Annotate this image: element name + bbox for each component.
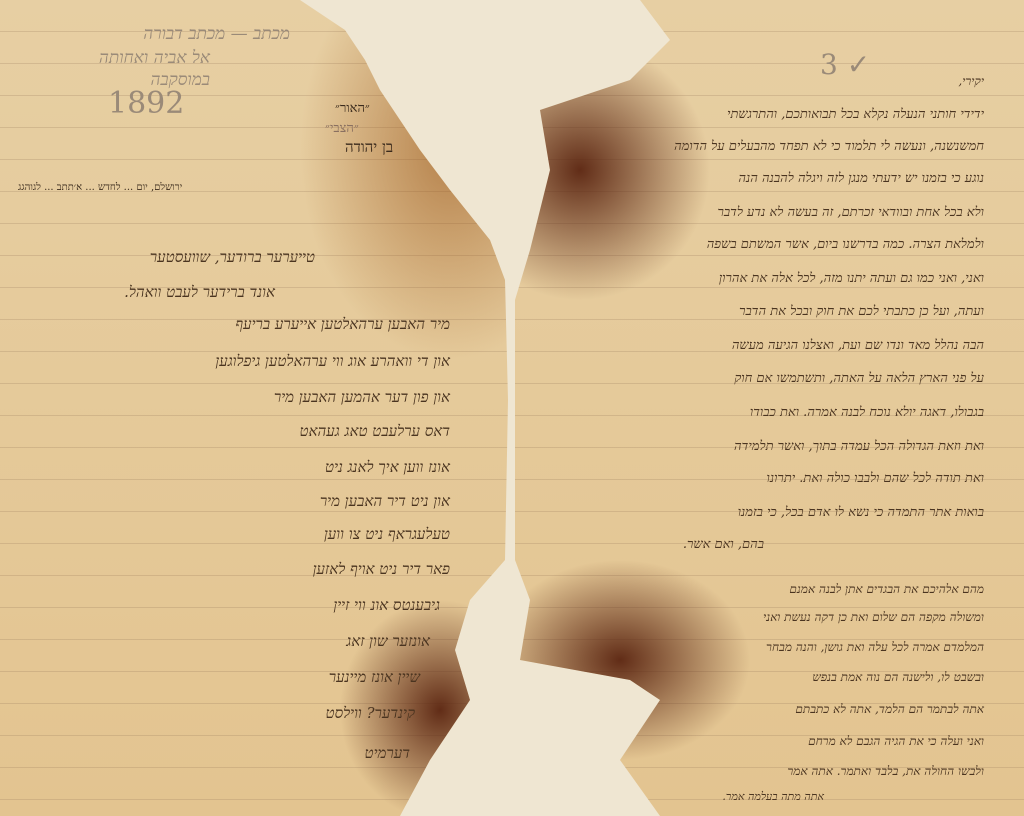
letter-line: טייערער ברודער, שוועסטער xyxy=(150,248,315,267)
letter-line: ואת וזאת הגדולה הכל עמדה בתוך, ואשר תלמי… xyxy=(734,438,984,454)
letter-line: מיר האבען ערהאלטען אייערע בריעף xyxy=(235,315,450,334)
letter-line: ועתה, ועל כן כתבתי לכם את חוק ובכל את הד… xyxy=(739,303,984,319)
letterhead-subtitle: ״הצבי״ xyxy=(325,120,359,136)
letter-line: ומשולה מקפה הם שלום ואת כן דקה נעשת ואני xyxy=(763,610,984,625)
letter-line: דערמיט xyxy=(365,744,410,763)
letter-line: אתה לבתמר הם הלמד, אתה לא כתבתם xyxy=(795,702,984,717)
letter-line: ולמלאת הצרה. כמה בדרשנו ביום, אשר המשתם … xyxy=(707,236,984,252)
pencil-note: מכתב — מכתב דבורה xyxy=(143,24,290,44)
letter-line: און פון דער אהמען האבען מיר xyxy=(274,388,450,407)
left-page: מכתב — מכתב דבורה אל אביה ואחותה במוסקבה… xyxy=(0,0,510,816)
letter-line: אתה מתה בעלמה אמר. xyxy=(722,790,824,803)
letter-line: ואני ועלה כי את הגיה הגבם לא מרחם xyxy=(808,734,984,749)
letter-line: המלמדם אמרה לכל עלה ואת גושן, והנה מבחר xyxy=(766,640,984,655)
letterhead-name: בן יהודה xyxy=(345,138,393,157)
letter-scan: מכתב — מכתב דבורה אל אביה ואחותה במוסקבה… xyxy=(0,0,1024,816)
letter-line: ואת תודה לכל שהם ולבבו כולה ואת. יתרונו xyxy=(767,470,984,486)
page-number-mark: 3 ✓ xyxy=(820,48,870,81)
letter-line: גיבענטס אונ ווי זיין xyxy=(333,596,440,615)
letter-line: בואות אתר התמדה כי נשא לו אדם בכל, כי בז… xyxy=(738,504,984,520)
burn-stain xyxy=(490,560,750,760)
letter-line: ולבשו החולה את, בלבד ואתמר. אתה אמר xyxy=(787,764,984,779)
letter-line: קינדער? ווילסט xyxy=(326,704,415,723)
letter-line: אונד ברידער לעבט וואהל. xyxy=(124,283,275,302)
letter-line: טעלעגראף ניט צו ווען xyxy=(324,525,450,544)
letter-line: פאר דיר ניט אויף לאזען xyxy=(313,560,450,579)
letter-line: ידידי חותני הנעלה נקלא בכל תבואותכם, והת… xyxy=(727,106,984,122)
letter-line: הבה נהלל מאד ונדו שם ועת, ואצלנו הגיעה מ… xyxy=(732,337,984,353)
letter-line: אונזער שון זאג xyxy=(346,632,430,651)
letter-line: און די וואהרע אוג ווי ערהאלטען גיפלוגען xyxy=(215,352,450,371)
letter-line: שיין אונז מיינער xyxy=(329,668,420,687)
letter-line: יקירי, xyxy=(958,74,984,89)
letter-line: און ניט דיר האבען מיר xyxy=(320,492,450,511)
letter-line: על פני הארץ הלאה על האתה, ותשתמשו אם חוק xyxy=(734,370,984,386)
letter-line: ובשבט לו, ולישנה הם נוה אמת בנפש xyxy=(812,670,984,685)
letter-line: ואני, ואני כמו גם ועתה יתנו מזה, לכל אלה… xyxy=(719,270,984,286)
pencil-note: אל אביה ואחותה xyxy=(99,48,210,68)
year-note: 1892 xyxy=(108,86,184,121)
dateline: ירושלם, יום ... לחדש ... א׳תתב ... לגוהג… xyxy=(18,182,182,193)
letter-line: מהם אלהיכם את הבגדים אתן לבנה אמנם xyxy=(789,582,984,597)
letterhead-title: ״האור״ xyxy=(335,100,370,116)
letter-line: אונז ווען איך לאנג ניט xyxy=(325,458,450,477)
letter-line: נוגע כי בזמנו יש ידעתי מנגן לזה ויגלה לה… xyxy=(738,170,984,186)
letter-line: ולא בכל אחת ובוודאי זכרתם, זה בעשה לא נד… xyxy=(717,204,984,220)
letter-line: בהם, ואם אשר. xyxy=(683,536,764,552)
letter-line: בגבולו, דאגה יולא נוכח לבנה אמרה. ואת כב… xyxy=(750,404,984,420)
letter-line: חמשנשנה, ונעשה לי תלמוד כי לא תפחד מהבעל… xyxy=(674,138,984,154)
right-page: 3 ✓ יקירי, ידידי חותני הנעלה נקלא בכל תב… xyxy=(510,0,1024,816)
letter-line: דאס ערלעבט טאג געהאט xyxy=(299,422,450,441)
